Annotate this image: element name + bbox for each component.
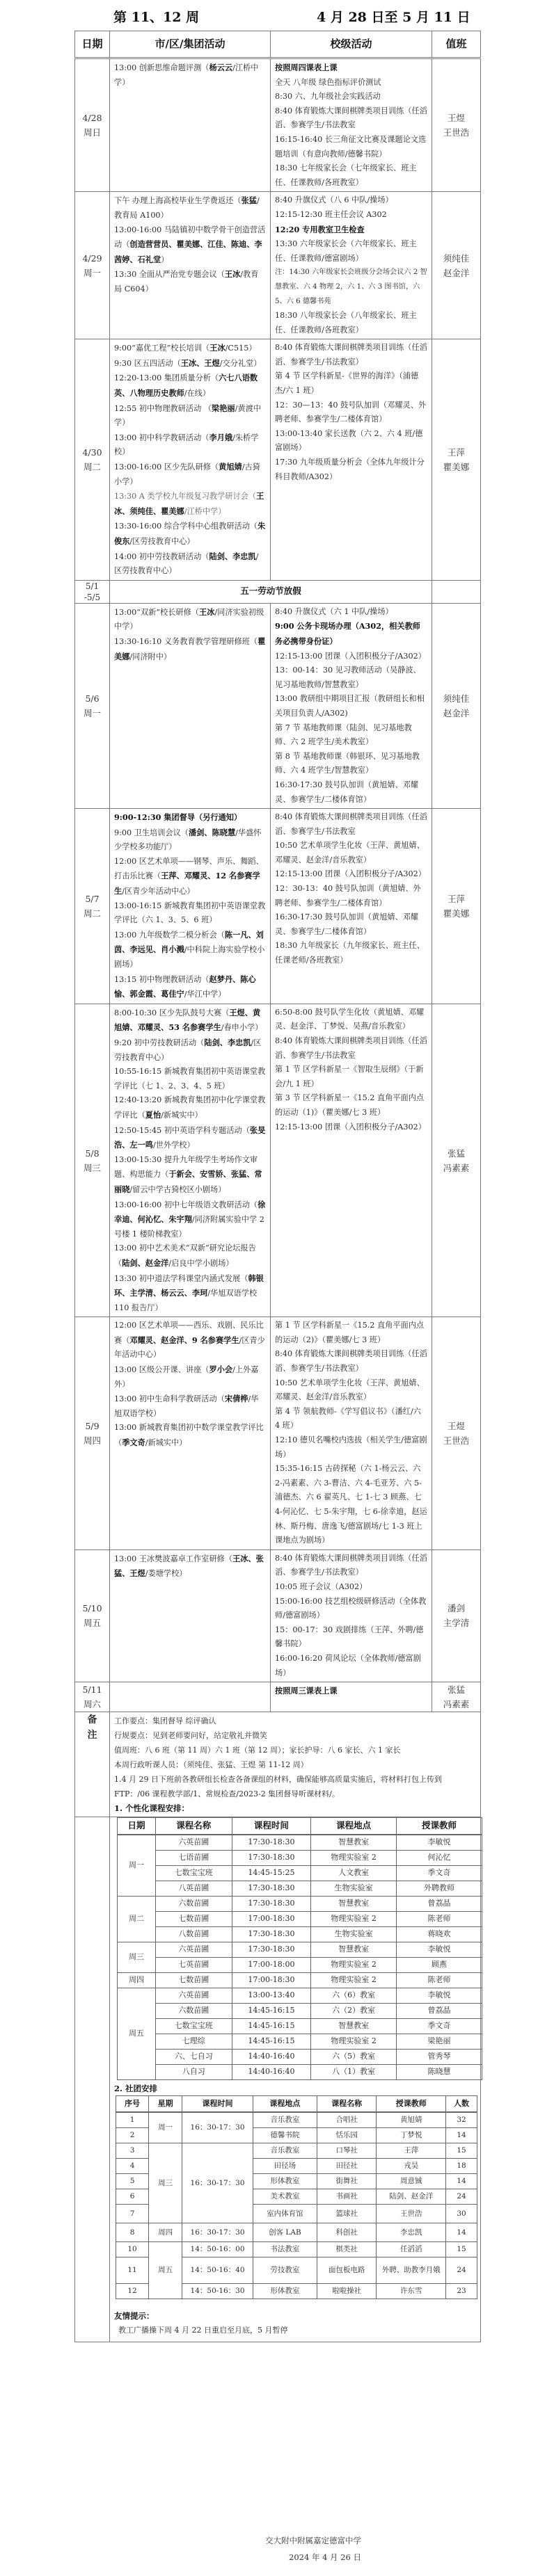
club-index: 4: [116, 2159, 149, 2174]
district-activity: 13:30 全面从严治党专题会议（王冰/教育局 C604）: [114, 267, 266, 296]
day-date: 5/10 周五: [75, 1549, 110, 1682]
course-cell: 人文教室: [311, 1866, 397, 1881]
col-header-date: 日期: [75, 31, 110, 58]
school-activity: 8:40 体育锻炼大课间棋牌类项目训练（任滔滔、参赛学生/书法教室）: [275, 341, 427, 369]
day-date: 5/6 周一: [75, 603, 110, 808]
holiday-duty: [432, 580, 481, 603]
duty-staff: 王煜王世浩: [432, 1317, 481, 1550]
club-table: 序号星期课程时间课程地点课程名称授课教师人数 1周一16：30-17：30音乐教…: [116, 2095, 477, 2299]
district-activities: [110, 1682, 271, 1712]
club-header: 星期: [149, 2096, 182, 2113]
school-activity: 10:50 艺术单项学生化妆（王萍、黄旭婧、邓耀灵、赵金洋/音乐教室）: [275, 839, 427, 867]
club-cell: 形体教室: [253, 2284, 317, 2299]
district-activity: 13:00-16:00 初中七年级语文教研活动（徐幸迪、何沁忆、朱宇翔/同济附属…: [114, 1198, 266, 1242]
course-row: 七数宝宝班14:45-15:25人文教室季文奇: [118, 1866, 482, 1881]
club-cell: 32: [446, 2112, 477, 2128]
day-weekday: 周二: [84, 908, 101, 919]
day-date-value: 5/10: [82, 1603, 102, 1613]
club-time: 14：50-16：00: [182, 2242, 253, 2257]
course-cell: 八自习: [155, 2065, 232, 2080]
school-activity: 12:15-13:00 团课（入团积极分子/A302）: [275, 650, 427, 664]
day-date: 5/7 周二: [75, 809, 110, 1004]
club-index: 12: [116, 2284, 149, 2299]
school-activities: 8:40 升旗仪式（六 1 中队/操场）9:00 公务卡现场办理（A302，相关…: [271, 603, 432, 808]
course-row: 七语苗圃17:30-18:30物理实验室 2何沁忆: [118, 1851, 482, 1866]
course-cell: 17:30-18:30: [232, 1881, 310, 1897]
club-index: 11: [116, 2257, 149, 2284]
duty-person: 须纯佳: [443, 253, 470, 264]
duty-person: 瞿美娜: [443, 462, 470, 472]
course-day: 周四: [118, 1973, 156, 1988]
district-activity: 13:00 九年级数学二模分析会（陈一凡、刘茵、李远见、肖小溅/中科院上海实验学…: [114, 928, 266, 972]
district-activity: 13:00 创新思维命题评测（杨云云/江桥中学）: [114, 61, 266, 90]
course-cell: 蒋晓欢: [397, 1927, 482, 1942]
day-weekday: 周四: [84, 1435, 101, 1446]
day-weekday: 周日: [84, 127, 101, 138]
club-cell: 田径社: [317, 2159, 377, 2174]
school-activity: 第 1 节 区学科新星一《15.2 直角平面内点的运动（2)》（瞿美娜/七 3 …: [275, 1319, 427, 1347]
course-cell: 八英苗圃: [155, 1881, 232, 1897]
day-row: 5/7 周二 9:00-12:30 集团督导（另行通知）9:00 卫生培训会议（…: [75, 809, 481, 1004]
course-row: 周一六英苗圃17:30-18:30智慧教室李敏悦: [118, 1835, 482, 1851]
district-activities: 13:00“双新”校长研修（王冰/同济实验初级中学）13:30-16:10 义务…: [110, 603, 271, 808]
district-activity: 12:20-13:00 集团质量分析（六七八语数英、八物理历史教师/在线）: [114, 371, 266, 401]
col-header-district: 市/区/集团活动: [110, 31, 271, 58]
appendix-spacer: [75, 1817, 110, 2342]
course-cell: 六、七自习: [155, 2050, 232, 2065]
club-day: 周三: [149, 2143, 182, 2223]
duty-person: 须纯佳: [443, 693, 470, 704]
club-cell: 23: [446, 2284, 477, 2299]
day-date-start: 5/1: [86, 581, 99, 591]
day-row: 5/11 周六 按照周三课表上课 张猛冯素素: [75, 1682, 481, 1712]
remarks-line: 行规要点：见到老师要问好，站定敬礼并微笑: [114, 1728, 476, 1743]
personalized-course-table: 日期课程名称课程时间课程地点授课教师 周一六英苗圃17:30-18:30智慧教室…: [117, 1817, 482, 2080]
duty-person: 主学清: [443, 1618, 470, 1628]
school-activity: 第 7 节 基地教师课（陆剑、见习基地教师、六 2 班学生/美术教室）: [275, 721, 427, 750]
club-cell: 室内体育馆: [253, 2205, 317, 2223]
district-activity: 12:50-15:45 初中英语学科专题活动（张旻浩、左一鸣/世外学校）: [114, 1123, 266, 1153]
school-activity: 16:00-16:20 荷风论坛（全体教师/德富剧场）: [275, 1652, 427, 1680]
club-index: 8: [116, 2223, 149, 2242]
club-cell: 恬乐园: [317, 2128, 377, 2143]
club-index: 5: [116, 2174, 149, 2189]
district-activity: 9:20 初中劳技教研活动（陆剑、李忠凯/区劳技教育中心）: [114, 1036, 266, 1065]
club-index: 2: [116, 2128, 149, 2143]
course-row: 七理综14:45-16:15物理实验室 2梁艳丽: [118, 2034, 482, 2050]
school-activity: 13：00-14：30 见习教师活动（吴静波、见习基地教师/智慧教室）: [275, 663, 427, 692]
club-cell: 14: [446, 2128, 477, 2143]
course-cell: 管秀琴: [397, 2050, 482, 2065]
district-activity: 12:00 区艺术单项——钢琴、声乐、舞蹈、打击乐比赛（王萍、邓耀灵、12 名参…: [114, 855, 266, 899]
course-cell: 陈老师: [397, 1973, 482, 1988]
duty-person: 王世浩: [443, 127, 470, 138]
district-activity: 13:00-16:15 新城教育集团初中英语课堂教学评比（六 1、3、5、6 班…: [114, 899, 266, 928]
club-cell: 街舞社: [317, 2174, 377, 2189]
district-activities: 9:00-12:30 集团督导（另行通知）9:00 卫生培训会议（潘剑、陈晓慧/…: [110, 809, 271, 1004]
day-date: 5/1 -5/5: [75, 580, 110, 603]
course-cell: 六英苗圃: [155, 1942, 232, 1958]
day-date-value: 5/7: [85, 894, 99, 904]
day-date-value: 4/30: [82, 447, 102, 458]
duty-person: 赵金洋: [443, 708, 470, 718]
remarks-body: 备 注 工作要点：集团督导 综评确认行规要点：见到老师要问好，站定敬礼并微笑值周…: [75, 1712, 481, 2342]
course-day: 周二: [118, 1897, 156, 1942]
course-cell: 17:30-18:30: [232, 1942, 310, 1958]
school-activity: 10:50 艺术单项学生化妆（王萍、黄旭婧、邓耀灵、赵金洋/音乐教室）: [275, 1376, 427, 1405]
school-activity: 8:40 升旗仪式（八 6 中队/操场）: [275, 193, 427, 208]
course-cell: 李敏悦: [397, 1835, 482, 1851]
remarks-label-1: 备: [88, 1714, 97, 1725]
district-activities: 12:00 区艺术单项——西乐、戏剧、民乐比赛（邓耀灵、赵金洋、9 名参赛学生/…: [110, 1317, 271, 1550]
remarks-line: 本周行政听课人员：（须纯佳、张猛、王煜 第 11-12 周）: [114, 1757, 476, 1772]
district-activity: 12:55 初中物理教研活动 （梁艳丽/黄渡中学）: [114, 401, 266, 430]
school-activities: 8:40 体育锻炼大课间棋牌类项目训练（任滔滔、参赛学生/书法教室）10:05 …: [271, 1549, 432, 1682]
club-cell: 15: [446, 2242, 477, 2257]
school-activity: 13:30 六年级家长会（六年级家长、班主任、任课教师/德富剧场）: [275, 237, 427, 266]
district-activities: 下午 办理上海高校毕业生学费返还（张猛/教育局 A100）13:00-16:00…: [110, 192, 271, 339]
school-activity: 6:50-8:00 鼓号队学生化妆（黄旭婧、邓耀灵、赵金洋、丁梦悦、吴燕/音乐教…: [275, 1006, 427, 1034]
course-day: 周三: [118, 1942, 156, 1973]
district-activity: 13:15 初中物理教研活动（赵梦丹、陈心愉、郭金霞、葛佳宁/华江中学）: [114, 972, 266, 1002]
club-cell: 周意铖: [377, 2174, 446, 2189]
course-row: 六数苗圃14:45-16:15六（2）教室曾荔晶: [118, 2004, 482, 2019]
day-weekday: 周一: [84, 708, 101, 718]
club-header: 授课教师: [377, 2096, 446, 2113]
date-range: 4 月 28 日至 5 月 11 日: [317, 7, 470, 26]
duty-person: 王煜: [448, 1421, 465, 1431]
club-cell: 美术教室: [253, 2189, 317, 2205]
course-cell: 七数宝宝班: [155, 2019, 232, 2034]
course-row: 八自习14:40-16:40八（1）教室陈晓慧: [118, 2065, 482, 2080]
district-activity: 13:30-16:00 综合学科中心组教研活动（朱俊东/区劳技教育中心）: [114, 519, 266, 549]
club-cell: 口琴社: [317, 2143, 377, 2159]
day-row: 5/10 周五 13:00 王冰樊波嘉卓工作室研修（王冰、张猛、王煜/娄塘学校）…: [75, 1549, 481, 1682]
club-cell: 面包板电路: [317, 2257, 377, 2284]
course-cell: 季文奇: [397, 1866, 482, 1881]
course-row: 七数宝宝班14:45-16:15智慧教室季文奇: [118, 2019, 482, 2034]
course-cell: 何沁忆: [397, 1851, 482, 1866]
course-cell: 七英苗圃: [155, 1958, 232, 1973]
course-header: 课程名称: [155, 1818, 232, 1835]
school-activity: 8:40 体育锻炼大课间棋牌类项目训练（任滔滔、参赛学生/书法教室: [275, 810, 427, 839]
course-cell: 14:40-16:40: [232, 2065, 310, 2080]
school-activities: 8:40 体育锻炼大课间棋牌类项目训练（任滔滔、参赛学生/书法教室10:50 艺…: [271, 809, 432, 1004]
duty-staff: 张猛冯素素: [432, 1004, 481, 1317]
course-row: 周二六数苗圃17:30-18:30智慧教室曾荔晶: [118, 1897, 482, 1912]
district-activity: 10:55-16:15 新城教育集团初中英语课堂教学评比（七 1、2、3、4、5…: [114, 1065, 266, 1093]
district-activities: 13:00 王冰樊波嘉卓工作室研修（王冰、张猛、王煜/娄塘学校）: [110, 1549, 271, 1682]
school-activity: 第 4 节 区学科新星-《世界的海洋》（浦德杰/六 1 班）: [275, 369, 427, 398]
school-activity: 9:00 公务卡现场办理（A302，相关教师务必携带身份证）: [275, 619, 427, 649]
club-header: 序号: [116, 2096, 149, 2113]
school-activity: 15:35-16:15 古砖探秘（六 1-杨云云、六 2-冯素素、六 3-曹洁、…: [275, 1462, 427, 1548]
district-activities: 9:00“嘉优工程”校长培训（王冰/C515）9:30 区五四活动（王冰、王煜/…: [110, 339, 271, 581]
club-cell: 合唱社: [317, 2112, 377, 2128]
school-activity: 16:15-16:40 长三角征文比赛及课题论文选题培训（有意向教师/德馨书院）: [275, 133, 427, 161]
course-cell: 八（1）教室: [311, 2065, 397, 2080]
district-activity: 13:00“双新”校长研修（王冰/同济实验初级中学）: [114, 605, 266, 634]
club-time: 16：30-17：30: [182, 2112, 253, 2143]
course-cell: 八数苗圃: [155, 1927, 232, 1942]
day-date: 5/11 周六: [75, 1682, 110, 1712]
col-header-duty: 值班: [432, 31, 481, 58]
school-activity: 8:40 体育锻炼大课间棋牌类项目训练（任滔滔、参赛学生/书法教室: [275, 1034, 427, 1063]
duty-staff: 须纯佳赵金洋: [432, 192, 481, 339]
duty-person: 冯素素: [443, 1163, 470, 1173]
club-cell: 24: [446, 2189, 477, 2205]
club-day: 周五: [149, 2242, 182, 2299]
school-activity: 15:00-16:00 技艺组校级研修活动（全体教师/德富剧场）: [275, 1595, 427, 1623]
course-cell: 17:30-18:30: [232, 1851, 310, 1866]
holiday-label: 五一劳动节放假: [110, 580, 432, 603]
club-cell: 外聘、助教李月娥: [377, 2257, 446, 2284]
club-cell: 王世浩: [377, 2205, 446, 2223]
day-date-value: 4/29: [82, 253, 102, 264]
col-header-school: 校级活动: [271, 31, 432, 58]
course-cell: 李敏悦: [397, 1988, 482, 2004]
day-weekday: 周五: [84, 1618, 101, 1628]
course-header: 课程地点: [311, 1818, 397, 1835]
page-header: 第 11、12 周 4 月 28 日至 5 月 11 日: [0, 7, 554, 28]
school-activity: 13:00 教研组中期项目汇报（教研组长和相关项目负责人/A302): [275, 692, 427, 721]
school-activities: 6:50-8:00 鼓号队学生化妆（黄旭婧、邓耀灵、赵金洋、丁梦悦、吴燕/音乐教…: [271, 1004, 432, 1317]
course-cell: 七数苗圃: [155, 1912, 232, 1927]
club-header: 课程地点: [253, 2096, 317, 2113]
school-activity: 18:30 七年级家长会（七年级家长、班主任、任课教师/各班教室）: [275, 161, 427, 190]
course-header-row: 日期课程名称课程时间课程地点授课教师: [118, 1818, 482, 1835]
course-cell: 陈老师: [397, 1912, 482, 1927]
district-activity: 13:30 初中道法学科课堂内涵式发展（韩银环、主学清、杨云云、李珂/华旭双语学…: [114, 1271, 266, 1316]
school-activity: 16:30-17:30 鼓号队加训（黄旭婧、邓耀灵、参赛学生/二楼体育馆）: [275, 910, 427, 939]
school-activity: 15：00-17：30 戏剧排练（王萍、外聘/德馨书院）: [275, 1623, 427, 1652]
course-cell: 14:45-16:15: [232, 2019, 310, 2034]
course-row: 六、七自习14:40-16:40六（5）教室管秀琴: [118, 2050, 482, 2065]
school-activity: 16:30-17:30 鼓号队加训（黄旭婧、邓耀灵、参赛学生/二楼体育馆）: [275, 778, 427, 807]
remarks-line: 1.4 月 29 日下班前各教研组长检查各备课组的材料，确保能够高质量实施后，将…: [114, 1772, 476, 1801]
club-cell: 书画社: [317, 2189, 377, 2205]
school-activity: 12:15-13:00 团课（入团积极分子/A302）: [275, 867, 427, 882]
course-cell: 曾荔晶: [397, 2004, 482, 2019]
footer-school: 交大附中附属嘉定德富中学: [265, 2533, 361, 2548]
day-row: 4/30 周二 9:00“嘉优工程”校长培训（王冰/C515）9:30 区五四活…: [75, 339, 481, 581]
duty-staff: 潘剑主学清: [432, 1549, 481, 1682]
remarks-line: 工作要点：集团督导 综评确认: [114, 1714, 476, 1728]
school-activity: 12：30—13：40 鼓号队加训（邓耀灵、外聘老师、参赛学生/二楼体育馆）: [275, 399, 427, 427]
day-row: 5/6 周一 13:00“双新”校长研修（王冰/同济实验初级中学）13:30-1…: [75, 603, 481, 808]
holiday-row: 5/1 -5/5 五一劳动节放假: [75, 580, 481, 603]
course-header: 课程时间: [232, 1818, 310, 1835]
club-index: 7: [116, 2205, 149, 2223]
school-activity: 12:15-12:30 班主任会议 A302: [275, 208, 427, 223]
duty-staff: 王萍瞿美娜: [432, 339, 481, 581]
club-cell: 啦啦操社: [317, 2284, 377, 2299]
school-activity: 10:05 班子会议（A302）: [275, 1580, 427, 1595]
school-activity: 8:40 体育锻炼大课间棋牌类项目训练（任滔滔、参赛学生/书法教室）: [275, 1347, 427, 1376]
course-cell: 七数宝宝班: [155, 1866, 232, 1881]
club-cell: 音乐教室: [253, 2143, 317, 2159]
school-activity: 8:40 升旗仪式（六 1 中队/操场）: [275, 605, 427, 620]
district-activity: 12:40-13:20 新城教育集团初中化学课堂教学评比（夏怡/新城实中）: [114, 1093, 266, 1122]
day-date-value: 5/11: [82, 1684, 102, 1695]
school-activity: 第 8 节 基地教师课（韩银环、见习基地教师、六 4 班学生/智慧教室）: [275, 750, 427, 778]
club-cell: 30: [446, 2205, 477, 2223]
tips-title: 友情提示：: [110, 2309, 480, 2324]
school-activity: 12:10 德贝名嘴校内选拔（相关学生/德富剧场）: [275, 1433, 427, 1462]
course-row: 七数苗圃17:00-18:30物理实验室 2陈老师: [118, 1912, 482, 1927]
club-row: 10周五14：50-16：00书法教室棋类社任滔滔15: [116, 2242, 477, 2257]
course-cell: 智慧教室: [311, 1942, 397, 1958]
club-time: 14：50-16：30: [182, 2284, 253, 2299]
school-activity: 8:40 体育锻炼大课间棋牌类项目训练（任滔滔、参赛学生/书法教室）: [275, 1552, 427, 1580]
club-cell: 创客 LAB: [253, 2223, 317, 2242]
club-header-row: 序号星期课程时间课程地点课程名称授课教师人数: [116, 2096, 477, 2113]
club-row: 8周四16：30-17：30创客 LAB科创社李忠凯14: [116, 2223, 477, 2242]
duty-person: 王世浩: [443, 1435, 470, 1446]
course-row: 八数苗圃17:30-18:30生物实验室蒋晓欢: [118, 1927, 482, 1942]
course-cell: 梁艳丽: [397, 2034, 482, 2050]
duty-person: 冯素素: [443, 1699, 470, 1709]
district-activity: 13:00-16:00 马陆镇初中数学骨干创造营活动（创造营营员、瞿美娜、江佳、…: [114, 223, 266, 268]
week-title: 第 11、12 周: [113, 7, 199, 26]
club-row: 1周一16：30-17：30音乐教室合唱社黄旭婧32: [116, 2112, 477, 2128]
school-activity: 第 4 节 领航教师-《学写倡议书》（潘红/六 4 班）: [275, 1405, 427, 1433]
club-cell: 24: [446, 2257, 477, 2284]
day-weekday: 周三: [84, 1163, 101, 1173]
course-cell: 曾荔晶: [397, 1897, 482, 1912]
district-activity: 13:00 初中生命科学教研活动（宋倩桦/华旭双语学校）: [114, 1392, 266, 1421]
day-date-end: -5/5: [84, 593, 100, 602]
course-row: 周五六英苗圃13:00-13:40六（6）教室李敏悦: [118, 1988, 482, 2004]
day-date: 5/8 周三: [75, 1004, 110, 1317]
club-cell: 德馨书院: [253, 2128, 317, 2143]
school-activities: 按照周四课表上课全天 八年级 绿色指标评价测试8:30 六、九年级社会实践活动8…: [271, 58, 432, 192]
day-row: 5/9 周四 12:00 区艺术单项——西乐、戏剧、民乐比赛（邓耀灵、赵金洋、9…: [75, 1317, 481, 1550]
district-activity: 9:00-12:30 集团督导（另行通知）: [114, 810, 266, 826]
course-header: 日期: [118, 1818, 156, 1835]
course-cell: 六数苗圃: [155, 2004, 232, 2019]
club-day: 周四: [149, 2223, 182, 2242]
course-cell: 外聘教师: [397, 1881, 482, 1897]
club-cell: 许东雪: [377, 2284, 446, 2299]
duty-person: 赵金洋: [443, 268, 470, 278]
district-activity: 9:30 区五四活动（王冰、王煜/交分礼堂）: [114, 356, 266, 371]
district-activity: 12:00 区艺术单项——西乐、戏剧、民乐比赛（邓耀灵、赵金洋、9 名参赛学生/…: [114, 1319, 266, 1362]
district-activity: 9:00“嘉优工程”校长培训（王冰/C515）: [114, 341, 266, 356]
duty-person: 瞿美娜: [443, 908, 470, 919]
course-cell: 七数苗圃: [155, 1973, 232, 1988]
club-cell: 棋类社: [317, 2242, 377, 2257]
club-cell: 18: [446, 2159, 477, 2174]
club-index: 6: [116, 2189, 149, 2205]
course-cell: 物理实验室 2: [311, 2034, 397, 2050]
course-cell: 17:30-18:30: [232, 1835, 310, 1851]
club-index: 10: [116, 2242, 149, 2257]
remarks-label-2: 注: [88, 1730, 97, 1741]
day-date-value: 5/8: [85, 1148, 99, 1159]
club-time: 16：30-17：30: [182, 2143, 253, 2223]
course-cell: 物理实验室 2: [311, 1912, 397, 1927]
course-cell: 顾燕: [397, 1958, 482, 1973]
district-activity: 13:30 A 类学校九年级复习教学研讨会（王冰、须纯佳、瞿美娜/江桥中学）: [114, 489, 266, 519]
district-activity: 13:00 王冰樊波嘉卓工作室研修（王冰、张猛、王煜/娄塘学校）: [114, 1552, 266, 1581]
course-cell: 李敏悦: [397, 1942, 482, 1958]
school-activity: 注：14:30 六年级家长会班级分会场会议六 2 智慧教室、六 4 物理 2，六…: [275, 266, 427, 309]
appendix-content: 日期课程名称课程时间课程地点授课教师 周一六英苗圃17:30-18:30智慧教室…: [110, 1817, 481, 2342]
club-cell: 黄旭婧: [377, 2112, 446, 2128]
schedule-header-row: 日期 市/区/集团活动 校级活动 值班: [75, 31, 481, 58]
district-activity: 13:30-16:10 义务教育教学管理研修班（瞿美娜/同济附中）: [114, 634, 266, 664]
course-cell: 物理实验室 2: [311, 1973, 397, 1988]
club-cell: 15: [446, 2143, 477, 2159]
course-cell: 六英苗圃: [155, 1835, 232, 1851]
duty-person: 王萍: [448, 894, 465, 904]
clubs-title: 2. 社团安排: [110, 2082, 480, 2095]
district-activity: 13:00 新城教育集团初中数学课堂教学评比（季文奇/新城实中）: [114, 1421, 266, 1450]
day-date-value: 5/6: [85, 693, 99, 704]
course-row: 周三六英苗圃17:30-18:30智慧教室李敏悦: [118, 1942, 482, 1958]
district-activity: 下午 办理上海高校毕业生学费返还（张猛/教育局 A100）: [114, 193, 266, 223]
club-cell: 书法教室: [253, 2242, 317, 2257]
course-cell: 六（5）教室: [311, 2050, 397, 2065]
school-activity: 第 3 节 区学科新星一《15.2 直角平面内点的运动（1)》（瞿美娜/七 3 …: [275, 1091, 427, 1120]
district-activity: 9:00 卫生培训会议（潘剑、陈晓慧/华盛怀少学校多功能厅）: [114, 826, 266, 855]
school-activity: 12:20 专用教室卫生检查: [275, 223, 427, 238]
course-cell: 季文奇: [397, 2019, 482, 2034]
remarks-line: 值周班：八 6 班（第 11 周）六 1 班（第 12 周）；家长护导：八 6 …: [114, 1743, 476, 1757]
course-cell: 生物实验室: [311, 1881, 397, 1897]
club-header: 人数: [446, 2096, 477, 2113]
course-cell: 14:40-16:40: [232, 2050, 310, 2065]
club-cell: 丁梦悦: [377, 2128, 446, 2143]
club-cell: 王萍: [377, 2143, 446, 2159]
school-activity: 8:30 六、九年级社会实践活动: [275, 90, 427, 104]
course-cell: 17:30-18:30: [232, 1927, 310, 1942]
district-activity: 8:00-10:30 区少先队鼓号大赛（王煜、黄旭婧、邓耀灵、53 名参赛学生/…: [114, 1006, 266, 1036]
course-cell: 物理实验室 2: [311, 1851, 397, 1866]
course-cell: 六（2）教室: [311, 2004, 397, 2019]
district-activity: 13:00-15:30 提升九年级学生考场作文审题、构思能力（于新会、安雪娇、张…: [114, 1153, 266, 1198]
school-activity: 13:00-13:40 家长送教（六 2、六 4 班/德富剧场）: [275, 427, 427, 456]
day-row: 5/8 周三 8:00-10:30 区少先队鼓号大赛（王煜、黄旭婧、邓耀灵、53…: [75, 1004, 481, 1317]
school-activities: 第 1 节 区学科新星一《15.2 直角平面内点的运动（2)》（瞿美娜/七 3 …: [271, 1317, 432, 1550]
day-row: 4/29 周一 下午 办理上海高校毕业生学费返还（张猛/教育局 A100）13:…: [75, 192, 481, 339]
schedule-table: 日期 市/区/集团活动 校级活动 值班 4/28 周日 13:00 创新思维命题…: [74, 31, 481, 2342]
school-activities: 8:40 升旗仪式（八 6 中队/操场）12:15-12:30 班主任会议 A3…: [271, 192, 432, 339]
district-activity: 13:00-16:00 区少先队研修（黄旭婧/古猗小学）: [114, 460, 266, 489]
day-date: 4/29 周一: [75, 192, 110, 339]
course-cell: 智慧教室: [311, 1835, 397, 1851]
course-cell: 14:45-16:15: [232, 2004, 310, 2019]
day-date: 5/9 周四: [75, 1317, 110, 1550]
school-activities: 按照周三课表上课: [271, 1682, 432, 1712]
tips-text: 教工广播操下周 4 月 22 日重启至月底，5 月暂停: [110, 2324, 480, 2337]
course-row: 周四七数苗圃17:00-18:30物理实验室 2陈老师: [118, 1973, 482, 1988]
duty-staff: 王煜王世浩: [432, 58, 481, 192]
duty-person: 潘剑: [448, 1603, 465, 1613]
course-cell: 13:00-13:40: [232, 1988, 310, 2004]
course-cell: 七理综: [155, 2034, 232, 2050]
course-cell: 七语苗圃: [155, 1851, 232, 1866]
school-activity: 17:30 九年级质量分析会（全体九年级计分科目教师/A302）: [275, 456, 427, 484]
course-header: 授课教师: [397, 1818, 482, 1835]
club-cell: 戎昊: [377, 2159, 446, 2174]
club-cell: 篮球社: [317, 2205, 377, 2223]
remarks-row: 备 注 工作要点：集团督导 综评确认行规要点：见到老师要问好，站定敬礼并微笑值周…: [75, 1712, 481, 1817]
club-cell: 任滔滔: [377, 2242, 446, 2257]
course-row: 八英苗圃17:30-18:30生物实验室外聘教师: [118, 1881, 482, 1897]
club-cell: 科创社: [317, 2223, 377, 2242]
